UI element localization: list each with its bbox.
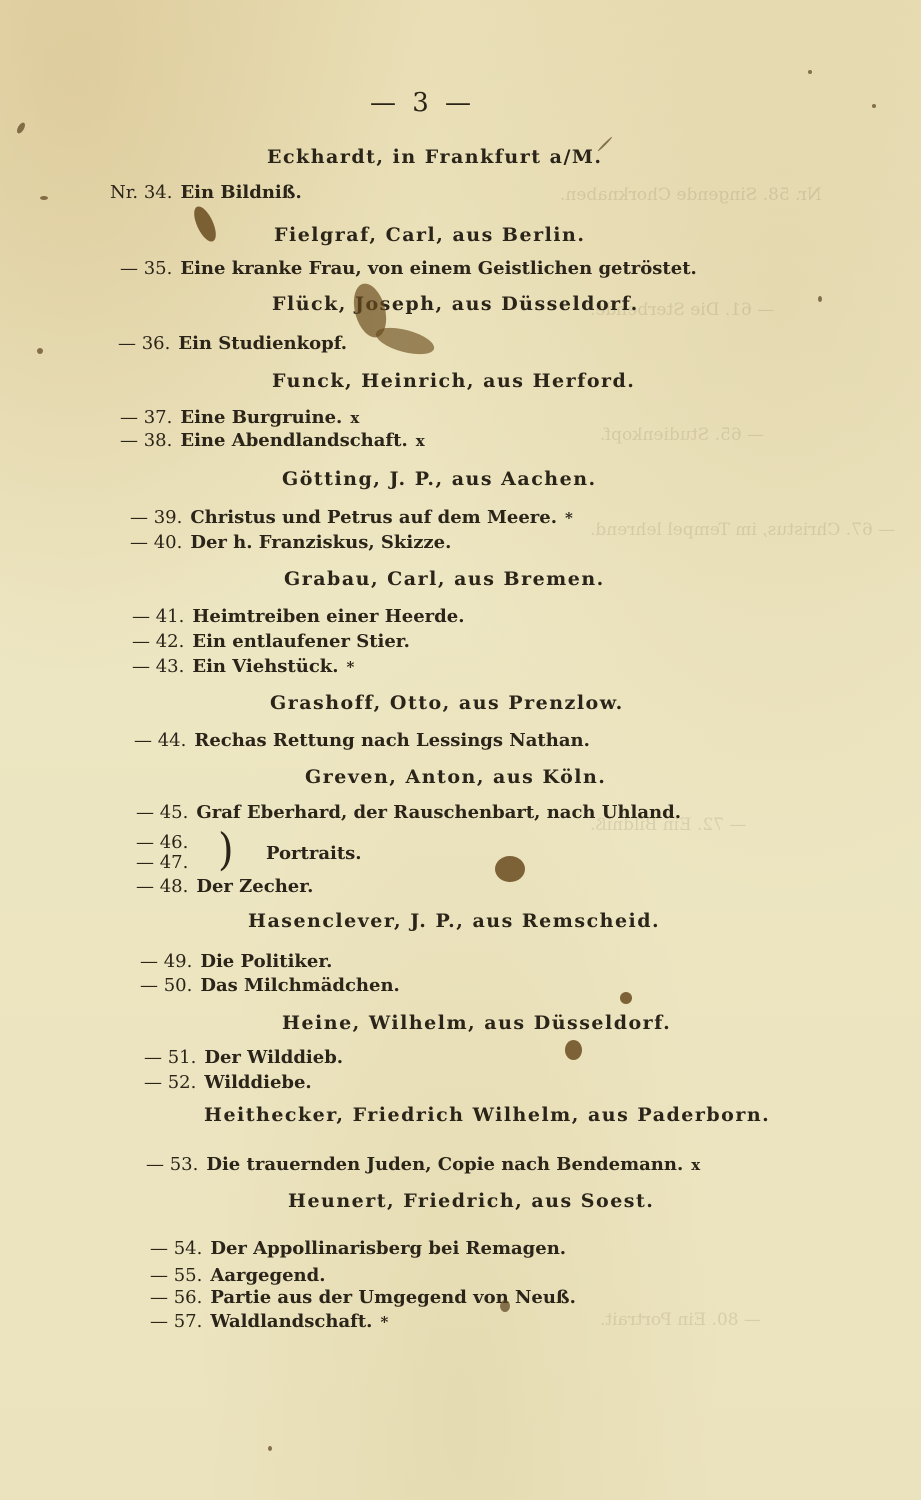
ink-stain: [373, 323, 437, 360]
entry-title: Ein Bildniß.: [180, 182, 301, 203]
catalogue-entry: — 57.Waldlandschaft.*: [150, 1311, 388, 1332]
bleed-through-text: — 80. Ein Portrait.: [600, 1310, 761, 1330]
entry-number: — 40.: [130, 532, 182, 553]
page-number: — 3 —: [0, 88, 845, 118]
entry-number: — 50.: [140, 975, 192, 996]
paper-speck: [15, 121, 26, 134]
entry-number: — 48.: [136, 876, 188, 897]
paper-speck: [818, 296, 822, 302]
paper-speck: [268, 1446, 272, 1451]
entry-number: — 41.: [132, 606, 184, 627]
artist-heading: Greven, Anton, aus Köln.: [305, 766, 606, 788]
entry-title: Christus und Petrus auf dem Meere.: [190, 507, 557, 528]
ink-stain: [565, 1040, 582, 1060]
bleed-through-text: — 67. Christus, im Tempel lehrend.: [590, 520, 895, 540]
entry-title: Der Zecher.: [196, 876, 313, 897]
ink-stain: [620, 992, 632, 1004]
entry-title: Eine kranke Frau, von einem Geistlichen …: [180, 258, 696, 279]
entry-title: Ein Viehstück.: [192, 656, 338, 677]
artist-heading: Grashoff, Otto, aus Prenzlow.: [270, 692, 624, 714]
entry-number: — 55.: [150, 1265, 202, 1286]
entry-title: Graf Eberhard, der Rauschenbart, nach Uh…: [196, 802, 681, 823]
entry-title: Die Politiker.: [200, 951, 332, 972]
ink-stain: [495, 856, 525, 882]
catalogue-entry: — 40.Der h. Franziskus, Skizze.: [130, 532, 451, 553]
paper-speck: [40, 196, 48, 200]
entry-title: Wilddiebe.: [204, 1072, 311, 1093]
entry-number: — 45.: [136, 802, 188, 823]
catalogue-entry: — 41.Heimtreiben einer Heerde.: [132, 606, 464, 627]
entry-title: Rechas Rettung nach Lessings Nathan.: [194, 730, 589, 751]
entry-title: Portraits.: [266, 843, 362, 864]
entry-number: — 43.: [132, 656, 184, 677]
entry-title: Der Wilddieb.: [204, 1047, 343, 1068]
entry-number: — 53.: [146, 1154, 198, 1175]
entry-number: — 47.: [136, 852, 188, 873]
artist-heading: Fielgraf, Carl, aus Berlin.: [274, 224, 585, 246]
entry-mark: x: [350, 409, 359, 427]
entry-number: — 44.: [134, 730, 186, 751]
paper-speck: [500, 1300, 510, 1312]
catalogue-entry: — 56.Partie aus der Umgegend von Neuß.: [150, 1287, 576, 1308]
artist-heading: Hasenclever, J. P., aus Remscheid.: [248, 910, 660, 932]
grouped-entry-label: Portraits.: [258, 843, 362, 864]
catalogue-entry: — 45.Graf Eberhard, der Rauschenbart, na…: [136, 802, 681, 823]
catalogue-entry: — 55.Aargegend.: [150, 1265, 326, 1286]
entry-title: Ein entlaufener Stier.: [192, 631, 410, 652]
catalogue-entry: — 50.Das Milchmädchen.: [140, 975, 400, 996]
paper-speck: [597, 136, 613, 152]
entry-title: Der h. Franziskus, Skizze.: [190, 532, 451, 553]
bleed-through-text: Nr. 58. Singende Chorknaben.: [560, 185, 822, 205]
entry-number: — 49.: [140, 951, 192, 972]
artist-heading: Grabau, Carl, aus Bremen.: [284, 568, 605, 590]
catalogue-entry: Nr. 34.Ein Bildniß.: [110, 182, 302, 203]
artist-heading: Eckhardt, in Frankfurt a/M.: [267, 146, 603, 168]
entry-number: — 37.: [120, 407, 172, 428]
entry-number: — 52.: [144, 1072, 196, 1093]
artist-heading: Funck, Heinrich, aus Herford.: [272, 370, 635, 392]
catalogue-entry: — 37.Eine Burgruine.x: [120, 407, 359, 428]
entry-number: — 35.: [120, 258, 172, 279]
artist-heading: Heunert, Friedrich, aus Soest.: [288, 1190, 654, 1212]
entry-title: Das Milchmädchen.: [200, 975, 399, 996]
catalogue-entry: — 52.Wilddiebe.: [144, 1072, 312, 1093]
paper-speck: [808, 70, 812, 74]
entry-title: Eine Abendlandschaft.: [180, 430, 407, 451]
artist-heading: Flück, Joseph, aus Düsseldorf.: [272, 293, 639, 315]
catalogue-page: Nr. 58. Singende Chorknaben. — 61. Die S…: [0, 0, 921, 1500]
ink-stain: [190, 203, 221, 244]
entry-number: — 51.: [144, 1047, 196, 1068]
entry-mark: *: [565, 509, 573, 527]
artist-heading: Heine, Wilhelm, aus Düsseldorf.: [282, 1012, 671, 1034]
entry-mark: x: [416, 432, 425, 450]
catalogue-entry: — 54.Der Appollinarisberg bei Remagen.: [150, 1238, 566, 1259]
catalogue-entry: — 38.Eine Abendlandschaft.x: [120, 430, 425, 451]
entry-number: — 54.: [150, 1238, 202, 1259]
entry-mark: *: [347, 658, 355, 676]
entry-mark: x: [691, 1156, 700, 1174]
catalogue-entry: — 49.Die Politiker.: [140, 951, 332, 972]
entry-title: Waldlandschaft.: [210, 1311, 372, 1332]
catalogue-entry: — 35.Eine kranke Frau, von einem Geistli…: [120, 258, 697, 279]
entry-number: — 39.: [130, 507, 182, 528]
entry-mark: *: [380, 1313, 388, 1331]
paper-speck: [872, 104, 876, 108]
entry-number: — 36.: [118, 333, 170, 354]
catalogue-entry: — 47.: [136, 852, 188, 873]
entry-title: Aargegend.: [210, 1265, 325, 1286]
entry-title: Eine Burgruine.: [180, 407, 342, 428]
bleed-through-text: — 65. Studienkopf.: [600, 425, 764, 445]
catalogue-entry: — 39.Christus und Petrus auf dem Meere.*: [130, 507, 573, 528]
entry-title: Partie aus der Umgegend von Neuß.: [210, 1287, 576, 1308]
catalogue-entry: — 48.Der Zecher.: [136, 876, 313, 897]
entry-title: Die trauernden Juden, Copie nach Bendema…: [206, 1154, 683, 1175]
artist-heading: Götting, J. P., aus Aachen.: [282, 468, 597, 490]
paper-speck: [37, 348, 43, 354]
entry-number: — 38.: [120, 430, 172, 451]
entry-number: — 56.: [150, 1287, 202, 1308]
entry-number: Nr. 34.: [110, 182, 172, 203]
artist-heading: Heithecker, Friedrich Wilhelm, aus Pader…: [204, 1104, 770, 1126]
catalogue-entry: — 44.Rechas Rettung nach Lessings Nathan…: [134, 730, 590, 751]
catalogue-entry: — 42.Ein entlaufener Stier.: [132, 631, 410, 652]
entry-number: — 46.: [136, 832, 188, 853]
catalogue-entry: — 53.Die trauernden Juden, Copie nach Be…: [146, 1154, 700, 1175]
entry-title: Ein Studienkopf.: [178, 333, 347, 354]
catalogue-entry: — 46.: [136, 832, 188, 853]
entry-number: — 42.: [132, 631, 184, 652]
entry-title: Heimtreiben einer Heerde.: [192, 606, 464, 627]
catalogue-entry: — 43.Ein Viehstück.*: [132, 656, 354, 677]
grouping-brace: ): [218, 828, 234, 872]
entry-title: Der Appollinarisberg bei Remagen.: [210, 1238, 566, 1259]
catalogue-entry: — 51.Der Wilddieb.: [144, 1047, 343, 1068]
entry-number: — 57.: [150, 1311, 202, 1332]
catalogue-entry: — 36.Ein Studienkopf.: [118, 333, 347, 354]
